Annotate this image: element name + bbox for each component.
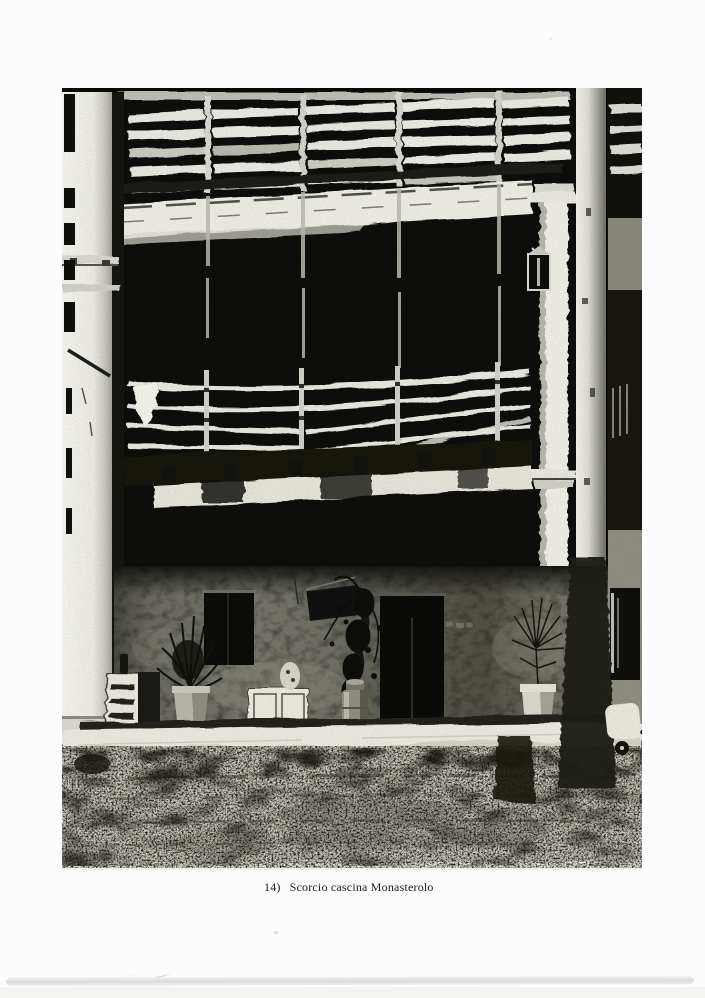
document-page: 14)Scorcio cascina Monasterolo (0, 0, 705, 998)
scan-speck (549, 37, 552, 40)
photo-cascina-monasterolo (62, 88, 642, 870)
scan-speck (274, 931, 278, 934)
page-edge-shadow (6, 976, 694, 985)
photo-illustration (62, 88, 642, 870)
figure-number: 14) (264, 880, 281, 895)
figure-caption: 14)Scorcio cascina Monasterolo (264, 880, 434, 895)
page-bottom-strip (0, 987, 705, 998)
figure-caption-text: Scorcio cascina Monasterolo (290, 880, 434, 895)
